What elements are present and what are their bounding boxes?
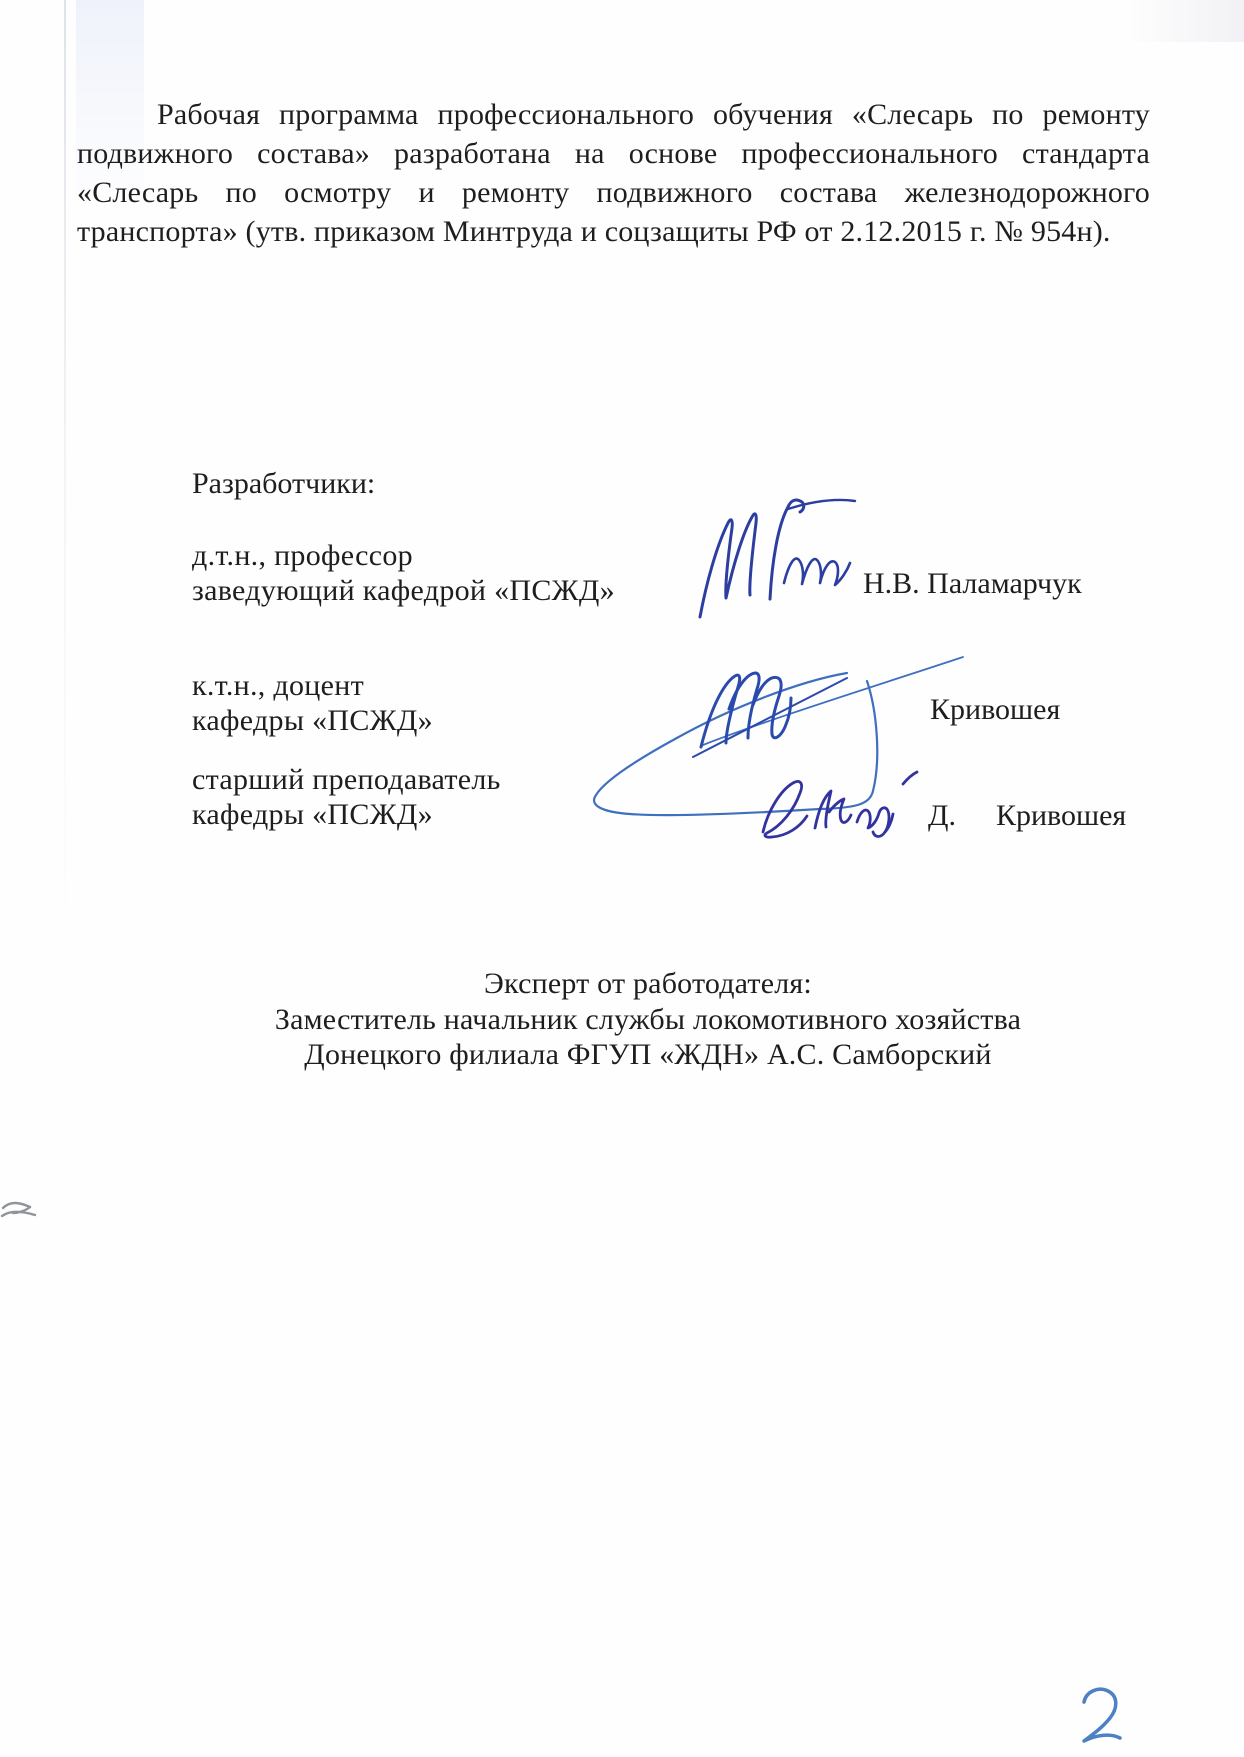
margin-pencil-mark: [0, 1196, 40, 1226]
developer-3-role-line: старший преподаватель: [192, 762, 501, 797]
expert-organization-name: Донецкого филиала ФГУП «ЖДН» А.С. Самбор…: [248, 1037, 1048, 1073]
developer-3-role: старший преподаватель кафедры «ПСЖД»: [192, 762, 501, 832]
paper-edge-shadow: [64, 0, 66, 940]
signature-3-ink: [755, 770, 920, 850]
developer-3-role-line: кафедры «ПСЖД»: [192, 797, 501, 832]
expert-position: Заместитель начальник службы локомотивно…: [248, 1002, 1048, 1038]
handwritten-page-number: 2: [1072, 1686, 1124, 1746]
developer-1-role: д.т.н., профессор заведующий кафедрой «П…: [192, 538, 615, 608]
paragraph-line: транспорта» (утв. приказом Минтруда и со…: [77, 212, 1150, 251]
developer-1-role-line: д.т.н., профессор: [192, 538, 615, 573]
paragraph-line: подвижного состава» разработана на основ…: [77, 134, 1150, 173]
scanned-document-page: Рабочая программа профессионального обуч…: [0, 0, 1244, 1757]
scan-corner-shading: [1126, 0, 1244, 42]
signature-1-ink: [692, 495, 862, 625]
paragraph-line: «Слесарь по осмотру и ремонту подвижного…: [77, 173, 1150, 212]
developer-3-name-surname: Кривошея: [996, 798, 1126, 833]
developers-heading: Разработчики:: [192, 466, 375, 501]
developer-1-name: Н.В. Паламарчук: [863, 566, 1082, 601]
developer-1-role-line: заведующий кафедрой «ПСЖД»: [192, 573, 615, 608]
intro-paragraph: Рабочая программа профессионального обуч…: [77, 95, 1150, 251]
expert-heading: Эксперт от работодателя:: [248, 966, 1048, 1002]
developer-2-role: к.т.н., доцент кафедры «ПСЖД»: [192, 668, 433, 738]
developer-2-role-line: кафедры «ПСЖД»: [192, 703, 433, 738]
expert-block: Эксперт от работодателя: Заместитель нач…: [248, 966, 1048, 1073]
developer-2-role-line: к.т.н., доцент: [192, 668, 433, 703]
paragraph-line: Рабочая программа профессионального обуч…: [77, 95, 1150, 134]
